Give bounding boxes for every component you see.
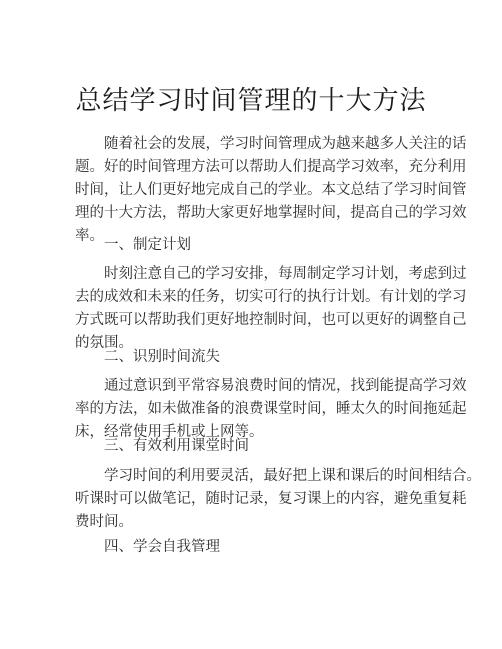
section-heading-2: 二、识别时间流失: [104, 346, 220, 369]
section-3-paragraph: 学习时间的利用要灵活，最好把上课和课后的时间相结合。 听课时可以做笔记，随时记录…: [75, 465, 431, 534]
section-3-line: 听课时可以做笔记，随时记录，复习课上的内容，避免重复耗: [75, 488, 431, 511]
section-3-line: 学习时间的利用要灵活，最好把上课和课后的时间相结合。: [75, 465, 431, 488]
intro-line: 时间，让人们更好地完成自己的学业。本文总结了学习时间管: [75, 179, 431, 202]
section-heading-3: 三、有效利用课堂时间: [104, 435, 249, 458]
section-1-paragraph: 时刻注意自己的学习安排，每周制定学习计划，考虑到过 去的成效和未来的任务，切实可…: [75, 263, 431, 355]
intro-line: 理的十大方法，帮助大家更好地掌握时间，提高自己的学习效: [75, 202, 431, 225]
section-1-line: 去的成效和未来的任务，切实可行的执行计划。有计划的学习: [75, 286, 431, 309]
section-1-line: 时刻注意自己的学习安排，每周制定学习计划，考虑到过: [75, 263, 431, 286]
section-2-line: 通过意识到平常容易浪费时间的情况，找到能提高学习效: [75, 375, 431, 398]
section-2-line: 率的方法，如未做准备的浪费课堂时间，睡太久的时间拖延起: [75, 398, 431, 421]
document-title: 总结学习时间管理的十大方法: [0, 83, 502, 119]
document-page: 总结学习时间管理的十大方法 随着社会的发展，学习时间管理成为越来越多人关注的话 …: [0, 0, 502, 649]
section-heading-1: 一、制定计划: [104, 234, 191, 257]
intro-line: 题。好的时间管理方法可以帮助人们提高学习效率，充分利用: [75, 156, 431, 179]
intro-line: 随着社会的发展，学习时间管理成为越来越多人关注的话: [75, 133, 431, 156]
intro-paragraph: 随着社会的发展，学习时间管理成为越来越多人关注的话 题。好的时间管理方法可以帮助…: [75, 133, 431, 248]
section-3-line: 费时间。: [75, 511, 431, 534]
section-2-paragraph: 通过意识到平常容易浪费时间的情况，找到能提高学习效 率的方法，如未做准备的浪费课…: [75, 375, 431, 444]
section-1-line: 方式既可以帮助我们更好地控制时间，也可以更好的调整自己: [75, 309, 431, 332]
section-heading-4: 四、学会自我管理: [104, 536, 220, 559]
